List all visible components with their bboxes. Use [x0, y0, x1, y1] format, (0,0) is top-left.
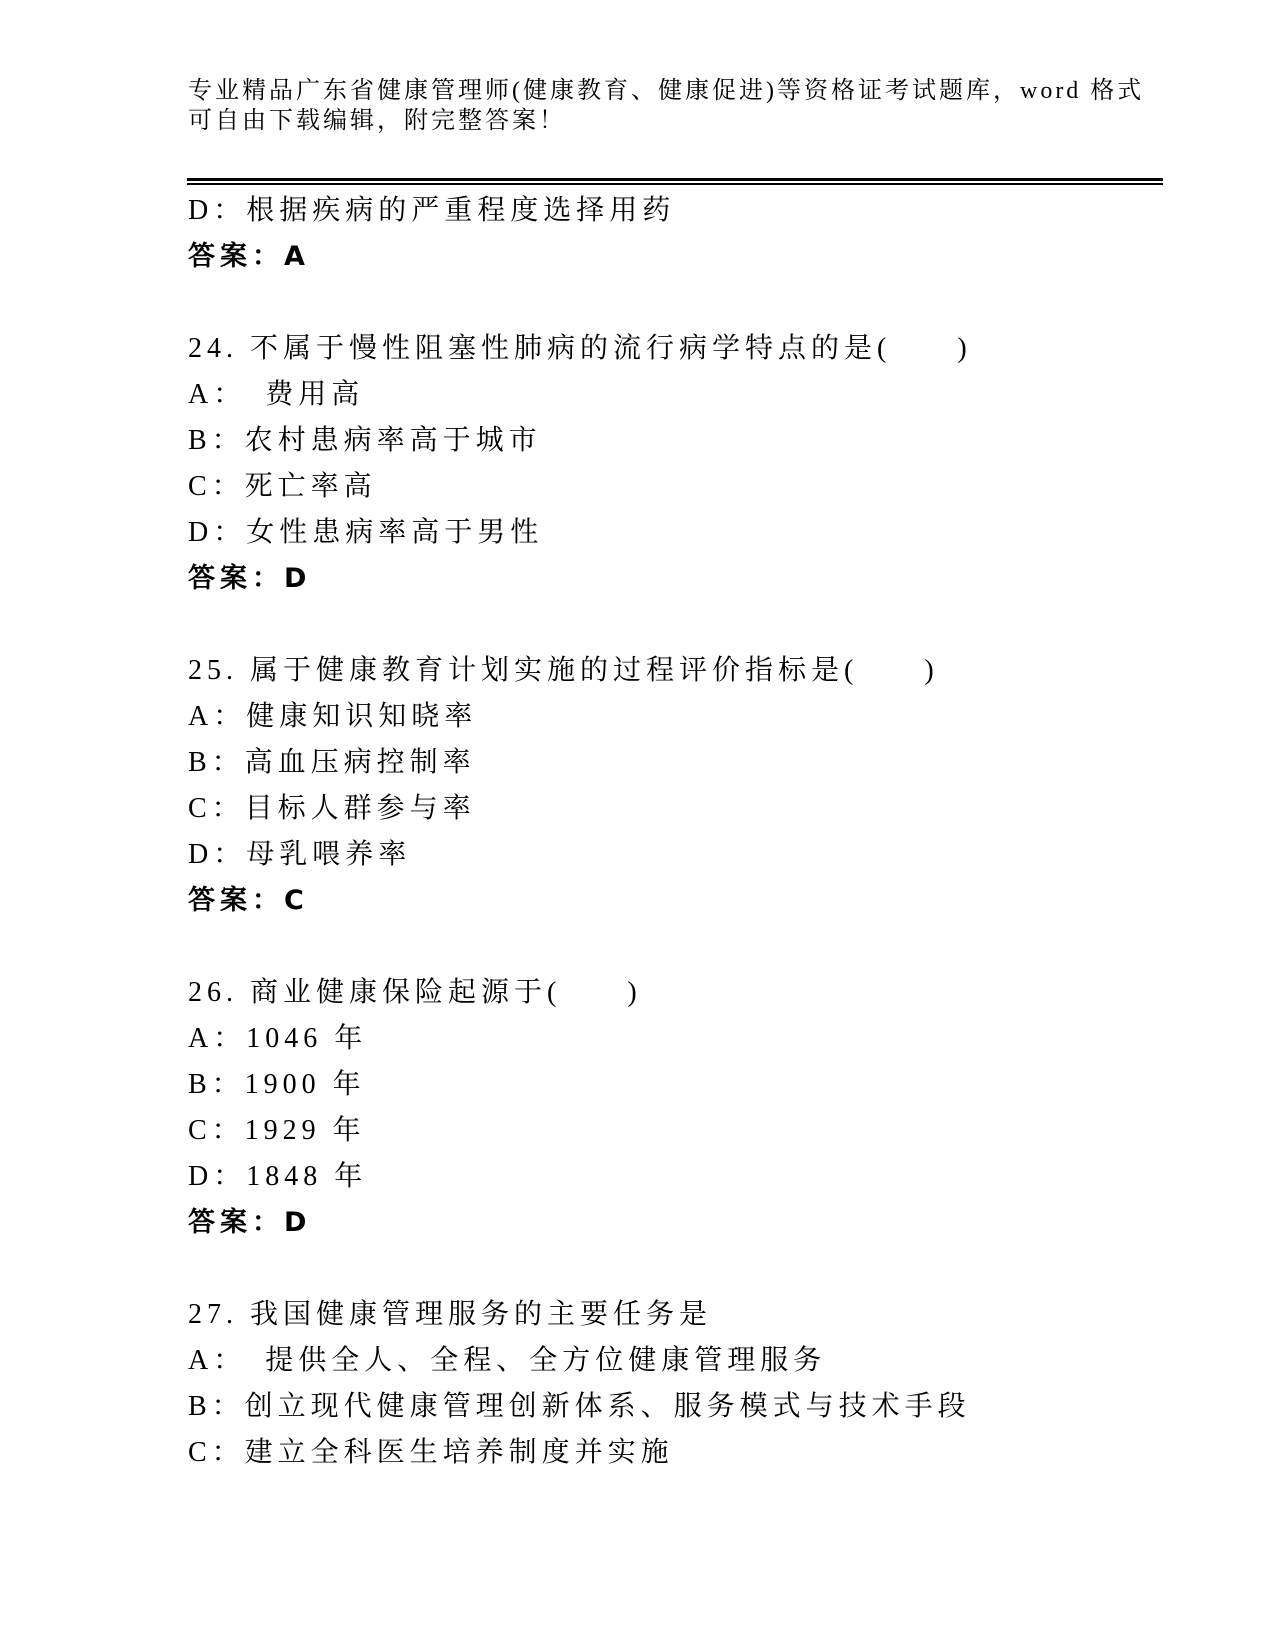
blank-line: [188, 280, 1188, 326]
answer-line: 答案：D: [188, 1200, 1188, 1246]
question-line: 26. 商业健康保险起源于( ): [188, 970, 1188, 1016]
header-watermark-line-2: 可自由下载编辑，附完整答案！: [188, 106, 1168, 136]
question-line: 25. 属于健康教育计划实施的过程评价指标是( ): [188, 648, 1188, 694]
option-line: A：1046 年: [188, 1016, 1188, 1062]
option-line: C：死亡率高: [188, 464, 1188, 510]
option-line: D：根据疾病的严重程度选择用药: [188, 188, 1188, 234]
option-line: D：母乳喂养率: [188, 832, 1188, 878]
option-line: D：1848 年: [188, 1154, 1188, 1200]
document-page: 专业精品广东省健康管理师(健康教育、健康促进)等资格证考试题库，word 格式 …: [0, 0, 1275, 1650]
question-line: 24. 不属于慢性阻塞性肺病的流行病学特点的是( ): [188, 326, 1188, 372]
answer-line: 答案：D: [188, 556, 1188, 602]
answer-line: 答案：A: [188, 234, 1188, 280]
blank-line: [188, 1246, 1188, 1292]
header-watermark-line-1: 专业精品广东省健康管理师(健康教育、健康促进)等资格证考试题库，word 格式: [188, 76, 1168, 106]
option-line: B：农村患病率高于城市: [188, 418, 1188, 464]
page-header: 专业精品广东省健康管理师(健康教育、健康促进)等资格证考试题库，word 格式 …: [188, 76, 1168, 136]
option-line: C：目标人群参与率: [188, 786, 1188, 832]
option-line: B：1900 年: [188, 1062, 1188, 1108]
question-list: D：根据疾病的严重程度选择用药答案：A24. 不属于慢性阻塞性肺病的流行病学特点…: [188, 188, 1188, 1476]
option-line: A：健康知识知晓率: [188, 694, 1188, 740]
option-line: A： 费用高: [188, 372, 1188, 418]
blank-line: [188, 602, 1188, 648]
option-line: B：创立现代健康管理创新体系、服务模式与技术手段: [188, 1384, 1188, 1430]
option-line: D：女性患病率高于男性: [188, 510, 1188, 556]
option-line: C：1929 年: [188, 1108, 1188, 1154]
option-line: A： 提供全人、全程、全方位健康管理服务: [188, 1338, 1188, 1384]
question-line: 27. 我国健康管理服务的主要任务是: [188, 1292, 1188, 1338]
answer-line: 答案：C: [188, 878, 1188, 924]
blank-line: [188, 924, 1188, 970]
header-divider-rule: [187, 178, 1163, 185]
option-line: C：建立全科医生培养制度并实施: [188, 1430, 1188, 1476]
option-line: B：高血压病控制率: [188, 740, 1188, 786]
